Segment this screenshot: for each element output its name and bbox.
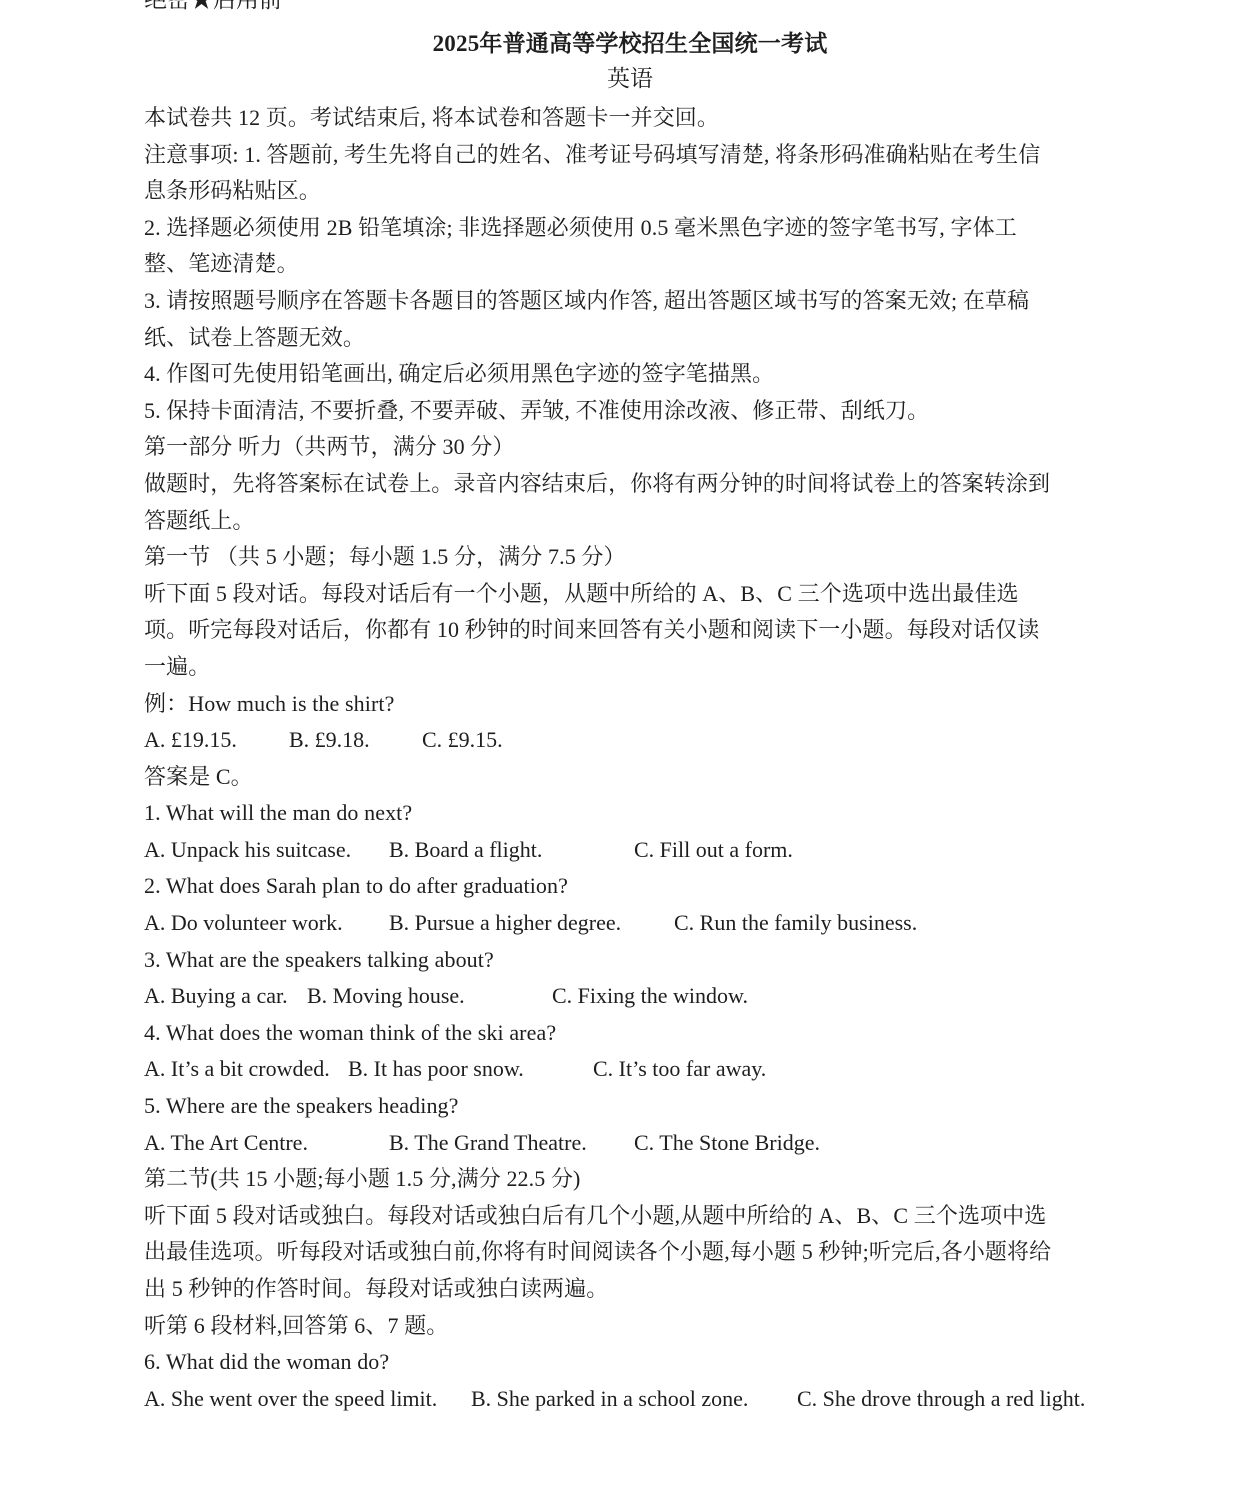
example-answer: 答案是 C。 [144,759,1114,796]
q6-option-a: A. She went over the speed limit. [144,1381,437,1418]
section1-instructions-cont: 项。听完每段对话后，你都有 10 秒钟的时间来回答有关小题和阅读下一小题。每段对… [144,612,1114,649]
notice-3-cont: 纸、试卷上答题无效。 [144,320,1114,357]
question-3-options: A. Buying a car. B. Moving house. C. Fix… [144,978,1114,1015]
notice-1: 注意事项: 1. 答题前, 考生先将自己的姓名、准考证号码填写清楚, 将条形码准… [144,137,1114,174]
q6-option-c: C. She drove through a red light. [797,1381,1085,1418]
example-option-c: C. £9.15. [422,722,503,759]
question-2-options: A. Do volunteer work. B. Pursue a higher… [144,905,1114,942]
section2-heading: 第二节(共 15 小题;每小题 1.5 分,满分 22.5 分) [144,1161,1114,1198]
notice-2-cont: 整、笔迹清楚。 [144,246,1114,283]
pages-note: 本试卷共 12 页。考试结束后, 将本试卷和答题卡一并交回。 [144,100,1114,137]
part1-instructions: 做题时，先将答案标在试卷上。录音内容结束后，你将有两分钟的时间将试卷上的答案转涂… [144,466,1114,503]
part1-instructions-cont: 答题纸上。 [144,503,1114,540]
q1-option-b: B. Board a flight. [389,832,542,869]
material-6-note: 听第 6 段材料,回答第 6、7 题。 [144,1308,1114,1345]
question-4: 4. What does the woman think of the ski … [144,1015,1114,1052]
q2-option-c: C. Run the family business. [674,905,917,942]
q6-option-b: B. She parked in a school zone. [471,1381,748,1418]
q2-option-a: A. Do volunteer work. [144,905,343,942]
q5-option-b: B. The Grand Theatre. [389,1125,587,1162]
question-1: 1. What will the man do next? [144,795,1114,832]
question-3: 3. What are the speakers talking about? [144,942,1114,979]
question-6: 6. What did the woman do? [144,1344,1114,1381]
q1-option-a: A. Unpack his suitcase. [144,832,351,869]
section2-instructions: 听下面 5 段对话或独白。每段对话或独白后有几个小题,从题中所给的 A、B、C … [144,1198,1114,1235]
confidential-mark: 绝密★启用前 [144,0,282,14]
notice-3: 3. 请按照题号顺序在答题卡各题目的答题区域内作答, 超出答题区域书写的答案无效… [144,283,1114,320]
question-5: 5. Where are the speakers heading? [144,1088,1114,1125]
q5-option-a: A. The Art Centre. [144,1125,308,1162]
exam-page: 绝密★启用前 2025年普通高等学校招生全国统一考试 英语 本试卷共 12 页。… [0,0,1260,1491]
example-option-a: A. £19.15. [144,722,237,759]
part1-heading: 第一部分 听力（共两节，满分 30 分） [144,429,1114,466]
question-6-options: A. She went over the speed limit. B. She… [144,1381,1114,1418]
section2-instructions-end: 出 5 秒钟的作答时间。每段对话或独白读两遍。 [144,1271,1114,1308]
q3-option-c: C. Fixing the window. [552,978,748,1015]
section1-instructions: 听下面 5 段对话。每段对话后有一个小题，从题中所给的 A、B、C 三个选项中选… [144,576,1114,613]
example-question: 例：How much is the shirt? [144,686,1114,723]
q5-option-c: C. The Stone Bridge. [634,1125,820,1162]
notice-2: 2. 选择题必须使用 2B 铅笔填涂; 非选择题必须使用 0.5 毫米黑色字迹的… [144,210,1114,247]
q3-option-b: B. Moving house. [307,978,465,1015]
example-options: A. £19.15. B. £9.18. C. £9.15. [144,722,1114,759]
question-4-options: A. It’s a bit crowded. B. It has poor sn… [144,1051,1114,1088]
q3-option-a: A. Buying a car. [144,978,288,1015]
q4-option-a: A. It’s a bit crowded. [144,1051,330,1088]
example-option-b: B. £9.18. [289,722,370,759]
exam-body: 本试卷共 12 页。考试结束后, 将本试卷和答题卡一并交回。 注意事项: 1. … [144,100,1114,1417]
q2-option-b: B. Pursue a higher degree. [389,905,621,942]
notice-5: 5. 保持卡面清洁, 不要折叠, 不要弄破、弄皱, 不准使用涂改液、修正带、刮纸… [144,393,1114,430]
section1-heading: 第一节 （共 5 小题；每小题 1.5 分，满分 7.5 分） [144,539,1114,576]
question-2: 2. What does Sarah plan to do after grad… [144,868,1114,905]
notice-1-cont: 息条形码粘贴区。 [144,173,1114,210]
question-1-options: A. Unpack his suitcase. B. Board a fligh… [144,832,1114,869]
section1-instructions-end: 一遍。 [144,649,1114,686]
section2-instructions-cont: 出最佳选项。听每段对话或独白前,你将有时间阅读各个小题,每小题 5 秒钟;听完后… [144,1234,1114,1271]
q1-option-c: C. Fill out a form. [634,832,793,869]
notice-4: 4. 作图可先使用铅笔画出, 确定后必须用黑色字迹的签字笔描黑。 [144,356,1114,393]
q4-option-b: B. It has poor snow. [348,1051,524,1088]
question-5-options: A. The Art Centre. B. The Grand Theatre.… [144,1125,1114,1162]
q4-option-c: C. It’s too far away. [593,1051,766,1088]
exam-subject: 英语 [0,64,1260,94]
exam-title: 2025年普通高等学校招生全国统一考试 [0,29,1260,59]
